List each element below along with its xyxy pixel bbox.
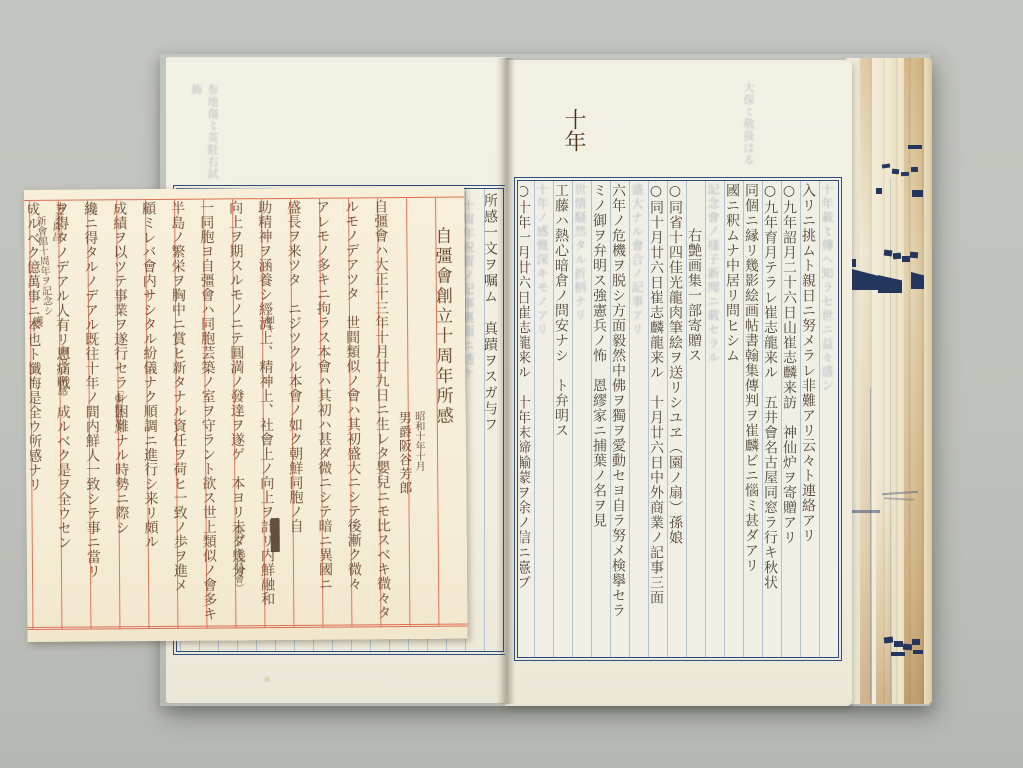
- interlinear-note: （然レ〻自彊會）: [232, 520, 244, 592]
- page-edge-mark: [912, 190, 923, 197]
- right-page-bleedthrough-text: 大保〻敬扱はる: [700, 82, 756, 178]
- handwriting-column: 助精神ヲ涵養シ經濟上、精神上、社會上ノ向上ヲ計リ内鮮融和: [249, 200, 281, 626]
- handwriting-column: 盛大ナル會合ノ記事アリ: [627, 183, 646, 655]
- page-edge-mark: [884, 250, 893, 257]
- page-edge-corner-triangle: [878, 275, 902, 293]
- left-page-bleedthrough-text: 参地傷〻英駐右試飾: [180, 84, 220, 184]
- handwriting-column: 半島ノ繁栄ヲ胸中ニ賞ヒ新タナル資任ヲ荷ヒ一致ノ歩ヲ進メ: [162, 201, 194, 627]
- right-page-text-block: 十年載〻傳ヘ知ラセ世ニ益々盛ン 入リニ挑ムト親日ニ努メラレ非難アリ云々ト連絡アリ…: [520, 183, 836, 655]
- page-edge-mark: [912, 639, 920, 645]
- ink-blot-correction: [271, 518, 280, 552]
- page-edge-mark: [882, 163, 890, 168]
- corner-annotation: 護: [31, 316, 44, 327]
- page-edge-stack: [846, 58, 932, 704]
- book-gutter: [497, 58, 515, 704]
- page-edge-mark: [913, 650, 923, 654]
- handwriting-column: ○同十月廿六日崔志麟龍来ル 十月廿六日中外商業ノ記事三面: [646, 183, 665, 655]
- page-edge-crease: [870, 388, 871, 700]
- page-edge-mark: [903, 644, 912, 651]
- page-edge-mark: [876, 188, 882, 194]
- handwriting-column: 右艶画集一部寄贈ス: [684, 183, 703, 655]
- page-edge-mark: [894, 641, 903, 647]
- paper-stain: [262, 676, 272, 683]
- handwriting-column: 自彊會ハ大正十三年十月廿九日ニ生レタ嬰兒ニモ比スベキ微々タ: [365, 199, 397, 625]
- handwriting-column: 纔ニ得タルノデアル既往十年ノ間内鮮人一致シテ事ニ當リ: [75, 201, 107, 627]
- page-edge-mark: [911, 167, 918, 172]
- handwriting-column: ○同省十四佳光龍肉筆絵ヲ送リシユヱ（園ノ扇）孫娘: [665, 183, 684, 655]
- handwriting-column: 國ニ釈ムナ中居リ問ヒシム: [722, 183, 741, 655]
- right-page-ruled-area: 十年載〻傳ヘ知ラセ世ニ益々盛ン 入リニ挑ムト親日ニ努メラレ非難アリ云々ト連絡アリ…: [517, 180, 839, 658]
- page-edge-mark: [910, 252, 918, 259]
- letter-text-block: 自彊會創立十周年所感 昭和十年十月 男爵阪谷芳郎 自彊會ハ大正十三年十月廿九日ニ…: [28, 199, 461, 628]
- interlinear-note: 「朝鮮仲〻」: [112, 385, 123, 439]
- handwriting-column: ミノ御ヲ弁明ス強憲兵ノ怖 恩繆家ニ捕葉ノ名ヲ見: [589, 183, 608, 655]
- letter-signature: 昭和十年十月 男爵阪谷芳郎: [394, 199, 427, 625]
- handwriting-column: アレモノ多キニ拘ラス本會ハ其初ハ甚ダ微ニシテ暗ニ異國ニ: [307, 200, 339, 626]
- handwriting-column: 盛長ヲ来ツタ ニジツクル本會ノ如ク朝鮮同胞ノ自: [278, 200, 310, 626]
- page-edge-stain: [904, 58, 924, 704]
- overlay-letter-sheet: 自彊會創立十周年所感 昭和十年十月 男爵阪谷芳郎 自彊會ハ大正十三年十月廿九日ニ…: [24, 187, 468, 642]
- handwriting-column: ○九年詔月二十六日山崔志麟来訪 神仙炉ヲ寄贈アリ: [779, 183, 798, 655]
- page-edge-mark: [884, 636, 894, 643]
- handwriting-column: 世情騒然タル折柄ナリ: [570, 183, 589, 655]
- letter-author: 男爵阪谷芳郎: [396, 411, 412, 495]
- handwriting-column: ○十年一月廿六日崔志龍来ル 十年末締輸蒙ヲ余ノ信ニ憙ブ: [520, 183, 532, 655]
- handwriting-column: ○九年育月テラレ崔志龍来ル 五井會名古屋同窓ラ行キ秋状: [760, 183, 779, 655]
- handwriting-column: 入リニ挑ムト親日ニ努メラレ非難アリ云々ト連絡アリ: [798, 183, 817, 655]
- page-edge-mark: [891, 652, 905, 656]
- handwriting-column: 十年ノ感慨深キモノアリ: [532, 183, 551, 655]
- handwriting-column: 記念會ノ様子新聞ニ載セラル: [703, 183, 722, 655]
- corner-annotation: 事業隆昌: [48, 201, 65, 242]
- page-edge-mark: [893, 253, 901, 260]
- page-edge-mark: [908, 145, 922, 149]
- letter-title: 自彊會創立十周年所感: [424, 199, 461, 625]
- handwriting-column: 六年ノ危機ヲ脱シ方面毅然中佛ヲ獨ヲ愛動セヨ自ラ努メ検擧セラ: [608, 183, 627, 655]
- page-edge-mark: [892, 169, 899, 175]
- corner-annotations: 事業隆昌 新會館十周年ヲ記念シ 創立ノ所感 護: [26, 196, 75, 616]
- handwriting-column: ルモノデアツタ 世間類似ノ會ハ其初盛大ニシテ後漸ク微々: [336, 199, 368, 625]
- page-edge-mark: [901, 172, 909, 177]
- handwriting-column: 工藤ハ熱心暗倉ノ問安ナシ ト弁明ス: [551, 183, 570, 655]
- handwriting-column: 十年載〻傳ヘ知ラセ世ニ益々盛ン: [817, 183, 836, 655]
- handwriting-column: 同個ニ縁リ幾影絵画帖書翰集傳判ヲ崔麟ビニ惱ミ甚ダアリ: [741, 183, 760, 655]
- corner-annotation: 創立ノ所感: [54, 345, 69, 396]
- handwriting-column: 顧ミレバ會内サシタル紛儀ナク順調ニ進行シ来リ頗ル: [133, 201, 165, 627]
- interlinear-note: ノ如キ: [263, 306, 274, 333]
- letter-date: 昭和十年十月: [413, 411, 424, 471]
- volume-label: 十年: [560, 108, 586, 188]
- handwriting-column: 一同胞ヨ自彊會ハ同胞芸築ノ室ヲ守ラント欲ス世上類似ノ會多キ: [191, 200, 223, 626]
- photo-of-manuscript: { "colors": { "backdrop": "#bfc1bc", "pa…: [0, 0, 1023, 768]
